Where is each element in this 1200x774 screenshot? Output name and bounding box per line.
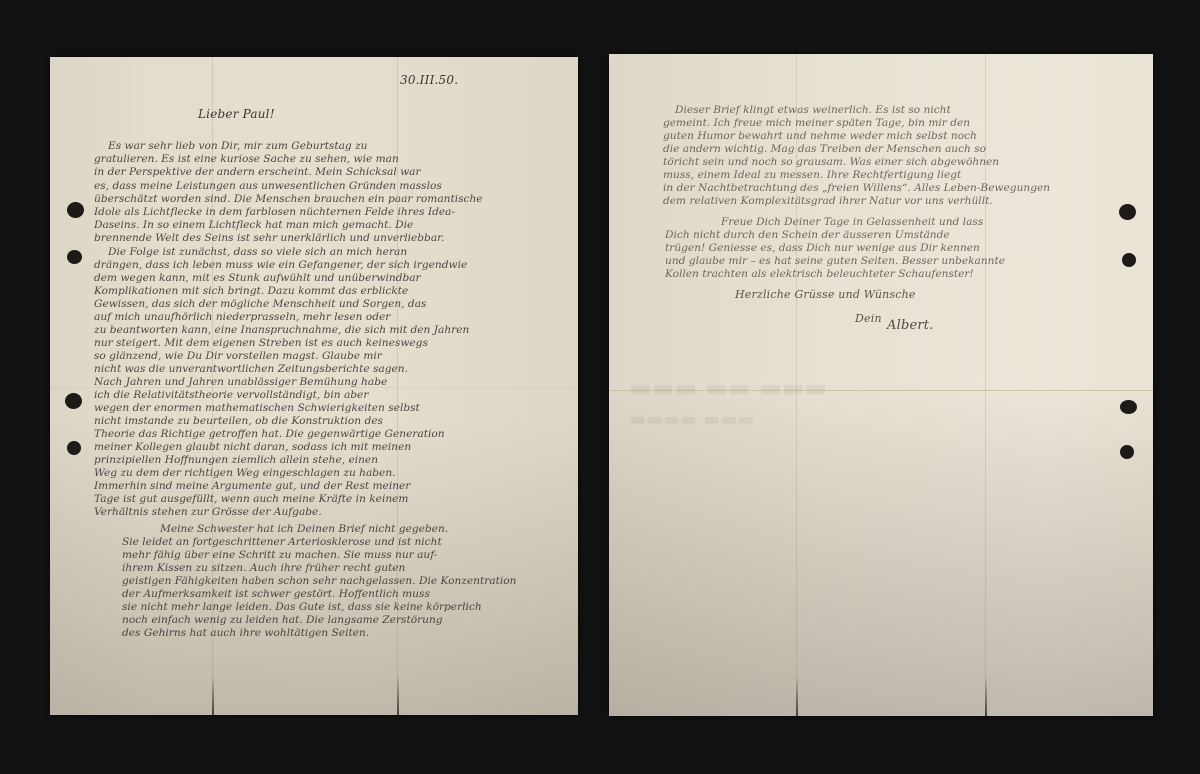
letter-line: meiner Kollegen glaubt nicht daran, soda… (94, 441, 528, 454)
letter-line: nicht was die unverantwortlichen Zeitung… (94, 363, 528, 376)
letter-line: töricht sein und noch so grausam. Was ei… (663, 156, 1093, 169)
letter-line: überschätzt worden sind. Die Menschen br… (94, 193, 534, 206)
fold-tear (985, 676, 987, 716)
letter-line: ihrem Kissen zu sitzen. Auch ihre früher… (122, 562, 522, 575)
punch-hole (1120, 445, 1134, 459)
letter-line: Komplikationen mit sich bringt. Dazu kom… (94, 285, 528, 298)
letter-line: so glänzend, wie Du Dir vorstellen magst… (94, 350, 528, 363)
letter-line: guten Humor bewahrt und nehme weder mich… (663, 130, 1093, 143)
letter-line: die andern wichtig. Mag das Treiben der … (663, 143, 1093, 156)
letter-line: Nach Jahren und Jahren unablässiger Bemü… (94, 376, 528, 389)
letter-line: Dich nicht durch den Schein der äusseren… (665, 229, 1085, 242)
punch-hole (67, 441, 81, 455)
letter-line: muss, einem Ideal zu messen. Ihre Rechtf… (663, 169, 1093, 182)
letter-page-1: 30.III.50. Lieber Paul! Es war sehr lieb… (50, 57, 578, 715)
signature: Albert. (887, 318, 934, 333)
letter-line: mehr fähig über eine Schritt zu machen. … (122, 549, 522, 562)
letter-line: trügen! Geniesse es, dass Dich nur wenig… (665, 242, 1085, 255)
bleed-through-text: ▬▬▬▬ ▬▬▬ (629, 409, 754, 430)
closing: Herzliche Grüsse und Wünsche (735, 288, 916, 301)
letter-line: nicht imstande zu beurteilen, ob die Kon… (94, 415, 528, 428)
letter-line: auf mich unaufhörlich niederprasseln, me… (94, 311, 528, 324)
letter-line: Es war sehr lieb von Dir, mir zum Geburt… (108, 140, 528, 153)
punch-hole (65, 393, 82, 409)
letter-line: Meine Schwester hat ich Deinen Brief nic… (160, 523, 530, 536)
letter-line: Tage ist gut ausgefüllt, wenn auch meine… (94, 493, 528, 506)
letter-line: zu beantworten kann, eine Inanspruchnahm… (94, 324, 528, 337)
fold-tear (212, 675, 214, 715)
letter-line: des Gehirns hat auch ihre wohltätigen Se… (122, 627, 452, 640)
letter-line: Sie leidet an fortgeschrittener Arterios… (122, 536, 522, 549)
punch-hole (67, 202, 84, 218)
letter-line: gemeint. Ich freue mich meiner späten Ta… (663, 117, 1093, 130)
letter-line: Daseins. In so einem Lichtfleck hat man … (94, 219, 528, 232)
letter-line: in der Perspektive der andern erscheint.… (94, 166, 528, 179)
letter-line: in der Nachtbetrachtung des „freien Will… (663, 182, 1093, 195)
bleed-through-text: ▬▬▬ ▬▬ ▬▬▬ (629, 374, 827, 402)
letter-line: und glaube mir – es hat seine guten Seit… (665, 255, 1085, 268)
letter-line: Theorie das Richtige getroffen hat. Die … (94, 428, 534, 441)
letter-line: wegen der enormen mathematischen Schwier… (94, 402, 528, 415)
letter-line: dem relativen Komplexitätsgrad ihrer Nat… (663, 195, 1093, 208)
letter-line: der Aufmerksamkeit ist schwer gestört. H… (122, 588, 522, 601)
fold-tear (397, 675, 399, 715)
punch-hole (1122, 253, 1136, 267)
letter-line: Idole als Lichtflecke in dem farblosen n… (94, 206, 528, 219)
letter-line: geistigen Fähigkeiten haben schon sehr n… (122, 575, 532, 588)
letter-line: dem wegen kann, mit es Stunk aufwühlt un… (94, 272, 528, 285)
punch-hole (67, 250, 82, 264)
letter-line: ich die Relativitätstheorie vervollständ… (94, 389, 528, 402)
letter-line: Die Folge ist zunächst, dass so viele si… (108, 246, 528, 259)
letter-date: 30.III.50. (400, 73, 458, 87)
letter-line: Dieser Brief klingt etwas weinerlich. Es… (675, 104, 1095, 117)
punch-hole (1120, 400, 1137, 414)
letter-line: Kollen trachten als elektrisch beleuchte… (665, 268, 1065, 281)
letter-line: sie nicht mehr lange leiden. Das Gute is… (122, 601, 522, 614)
salutation: Lieber Paul! (198, 107, 275, 121)
letter-line: noch einfach wenig zu leiden hat. Die la… (122, 614, 522, 627)
letter-line: gratulieren. Es ist eine kuriose Sache z… (94, 153, 528, 166)
letter-line: Immerhin sind meine Argumente gut, und d… (94, 480, 528, 493)
fold-tear (796, 676, 798, 716)
letter-line: prinzipiellen Hoffnungen ziemlich allein… (94, 454, 528, 467)
letter-line: Freue Dich Deiner Tage in Gelassenheit u… (721, 216, 1081, 229)
letter-line: brennende Welt des Seins ist sehr unerkl… (94, 232, 528, 245)
punch-hole (1119, 204, 1136, 220)
letter-line: drängen, dass ich leben muss wie ein Gef… (94, 259, 528, 272)
letter-page-2: ▬▬▬ ▬▬ ▬▬▬ ▬▬▬▬ ▬▬▬ Dieser Brief klingt … (609, 54, 1153, 716)
letter-line: es, dass meine Leistungen aus unwesentli… (94, 180, 528, 193)
signature-prefix: Dein (855, 312, 882, 325)
letter-line: Verhältnis stehen zur Grösse der Aufgabe… (94, 506, 394, 519)
letter-line: nur steigert. Mit dem eigenen Streben is… (94, 337, 528, 350)
letter-line: Gewissen, das sich der mögliche Menschhe… (94, 298, 528, 311)
letter-line: Weg zu dem der richtigen Weg eingeschlag… (94, 467, 528, 480)
